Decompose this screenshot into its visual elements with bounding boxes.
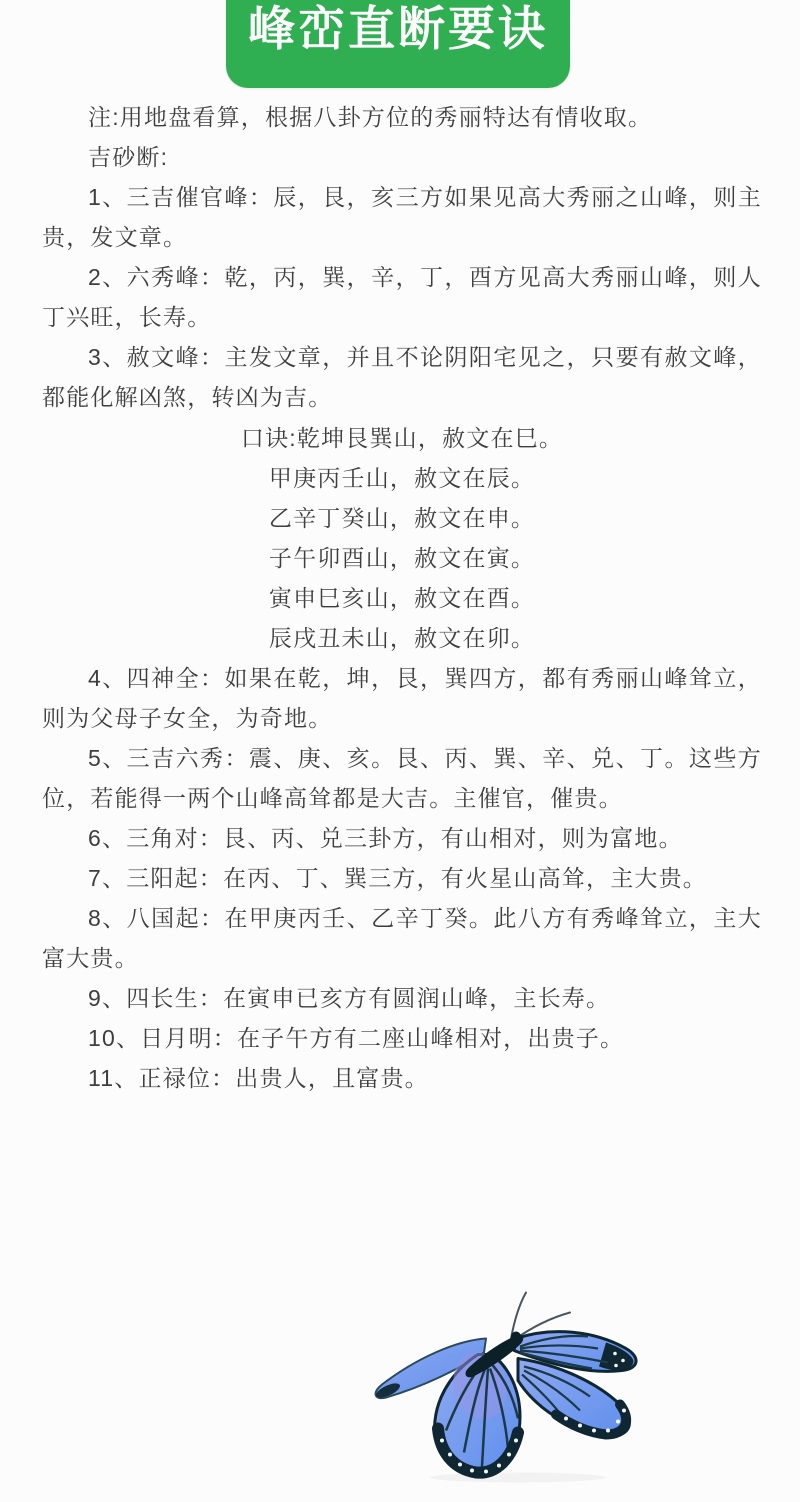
formula-line: 子午卯酉山，赦文在寅。 <box>42 538 762 578</box>
rule-item-8: 8、八国起：在甲庚丙壬、乙辛丁癸。此八方有秀峰耸立，主大富大贵。 <box>42 898 762 978</box>
rule-item-2: 2、六秀峰：乾，丙，巽，辛，丁，酉方见高大秀丽山峰，则人丁兴旺，长寿。 <box>42 257 762 337</box>
formula-line: 辰戌丑未山，赦文在卯。 <box>42 618 762 658</box>
rule-item-11: 11、正禄位：出贵人，且富贵。 <box>42 1058 762 1098</box>
rule-item-4: 4、四神全：如果在乾，坤，艮，巽四方，都有秀丽山峰耸立，则为父母子女全，为奇地。 <box>42 658 762 738</box>
rule-item-9: 9、四长生：在寅申已亥方有圆润山峰，主长寿。 <box>42 978 762 1018</box>
note-line: 吉砂断: <box>42 137 762 177</box>
butterfly-icon <box>368 1278 668 1483</box>
page: 峰峦直断要诀 注:用地盘看算，根据八卦方位的秀丽特达有情收取。 吉砂断: 1、三… <box>0 0 800 1502</box>
formula-line: 甲庚丙壬山，赦文在辰。 <box>42 458 762 498</box>
document-body: 注:用地盘看算，根据八卦方位的秀丽特达有情收取。 吉砂断: 1、三吉催官峰：辰，… <box>0 88 800 1098</box>
rule-item-1: 1、三吉催官峰：辰，艮，亥三方如果见高大秀丽之山峰，则主贵，发文章。 <box>42 177 762 257</box>
page-title: 峰峦直断要诀 <box>248 0 548 69</box>
rule-item-10: 10、日月明：在子午方有二座山峰相对，出贵子。 <box>42 1018 762 1058</box>
formula-block: 口诀:乾坤艮巽山，赦文在巳。 甲庚丙壬山，赦文在辰。 乙辛丁癸山，赦文在申。 子… <box>42 418 762 658</box>
rule-item-7: 7、三阳起：在丙、丁、巽三方，有火星山高耸，主大贵。 <box>42 858 762 898</box>
rule-item-3: 3、赦文峰：主发文章，并且不论阴阳宅见之，只要有赦文峰，都能化解凶煞，转凶为吉。 <box>42 337 762 417</box>
rule-item-5: 5、三吉六秀：震、庚、亥。艮、丙、巽、辛、兑、丁。这些方位，若能得一两个山峰高耸… <box>42 738 762 818</box>
note-line: 注:用地盘看算，根据八卦方位的秀丽特达有情收取。 <box>42 97 762 137</box>
rule-item-6: 6、三角对：艮、丙、兑三卦方，有山相对，则为富地。 <box>42 818 762 858</box>
formula-line: 乙辛丁癸山，赦文在申。 <box>42 498 762 538</box>
formula-line: 寅申巳亥山，赦文在酉。 <box>42 578 762 618</box>
formula-line: 口诀:乾坤艮巽山，赦文在巳。 <box>42 418 762 458</box>
title-banner: 峰峦直断要诀 <box>226 0 570 88</box>
